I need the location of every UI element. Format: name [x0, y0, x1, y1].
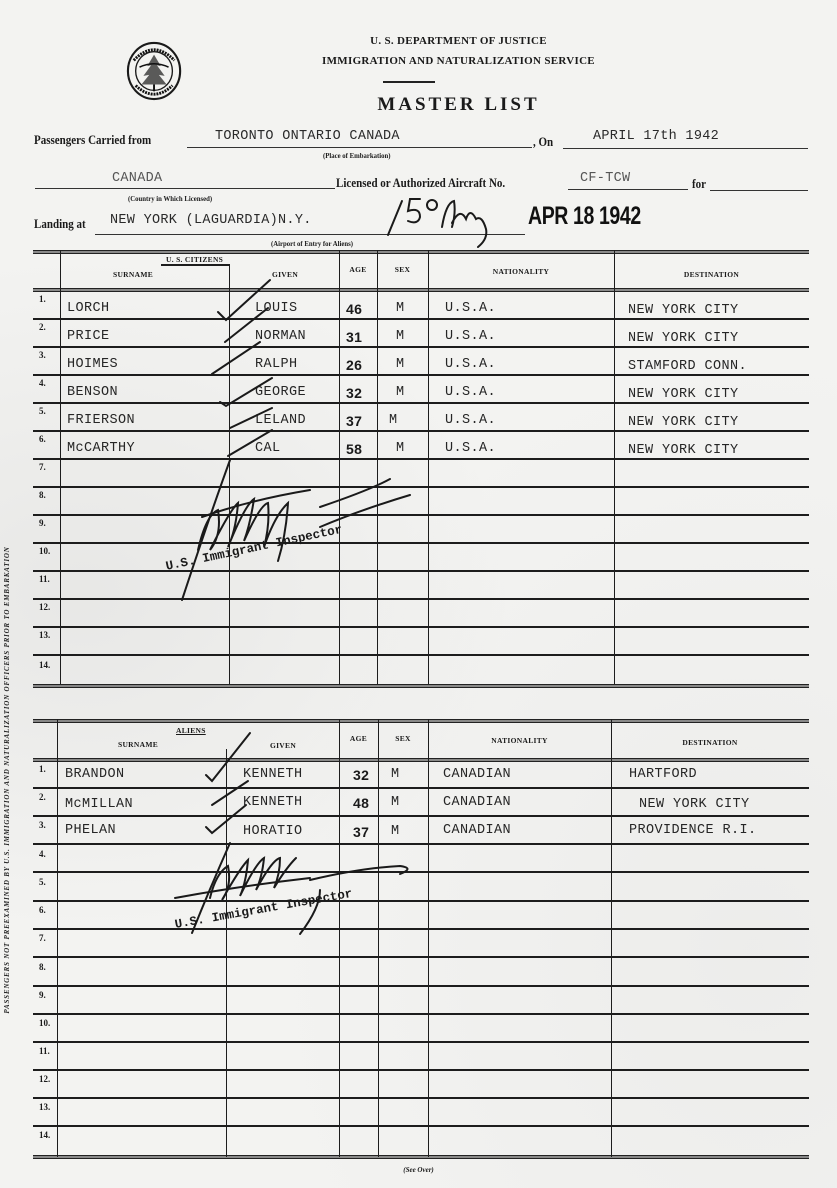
country-sublabel: (Country in Which Licensed) [128, 194, 212, 203]
row-line [33, 542, 809, 544]
row-number: 1. [39, 764, 46, 774]
citizens-table: U. S. CITIZENS SURNAME GIVEN AGE SEX NAT… [33, 250, 809, 690]
given-cell[interactable]: GEORGE [255, 385, 306, 400]
surname-cell[interactable]: HOIMES [67, 357, 118, 372]
col-header-surname: SURNAME [93, 270, 173, 279]
see-over-note: (See Over) [0, 1166, 837, 1174]
received-date-stamp: APR 18 1942 [528, 202, 641, 231]
row-number: 9. [39, 990, 46, 1000]
nationality-cell[interactable]: CANADIAN [443, 767, 511, 782]
col-header-destination: DESTINATION [611, 738, 809, 747]
row-line [33, 900, 809, 902]
row-number: 8. [39, 490, 46, 500]
nationality-cell[interactable]: U.S.A. [445, 441, 496, 456]
row-line [33, 956, 809, 958]
given-cell[interactable]: KENNETH [243, 767, 303, 782]
row-number: 1. [39, 294, 46, 304]
given-cell[interactable]: HORATIO [243, 824, 303, 839]
header-divider [383, 81, 435, 83]
aircraft-line [568, 189, 688, 190]
department-heading: U. S. DEPARTMENT OF JUSTICE [40, 35, 837, 47]
aliens-table: ALIENS SURNAME GIVEN AGE SEX NATIONALITY… [33, 719, 809, 1164]
table-top-border [33, 719, 809, 723]
age-cell[interactable]: 58 [346, 441, 362, 457]
col-divider [226, 749, 227, 1157]
nationality-cell[interactable]: CANADIAN [443, 823, 511, 838]
col-divider [57, 719, 58, 1157]
surname-cell[interactable]: BRANDON [65, 767, 125, 782]
row-line [33, 843, 809, 845]
sex-cell[interactable]: M [396, 385, 405, 400]
on-date-line [563, 148, 808, 149]
col-header-nationality: NATIONALITY [428, 267, 614, 276]
row-number: 10. [39, 1018, 50, 1028]
age-cell[interactable]: 48 [353, 795, 369, 811]
row-number: 6. [39, 905, 46, 915]
country-field[interactable]: CANADA [112, 171, 162, 186]
col-header-destination: DESTINATION [614, 270, 809, 279]
aircraft-field[interactable]: CF-TCW [580, 171, 630, 186]
row-line [33, 787, 809, 789]
age-cell[interactable]: 37 [353, 824, 369, 840]
col-divider [428, 250, 429, 684]
col-divider [378, 719, 379, 1157]
carried-from-field[interactable]: TORONTO ONTARIO CANADA [215, 129, 400, 144]
sex-cell[interactable]: M [391, 795, 400, 810]
age-cell[interactable]: 31 [346, 329, 362, 345]
col-divider [377, 250, 378, 684]
citizens-section-label: U. S. CITIZENS [166, 255, 223, 264]
row-line [33, 626, 809, 628]
row-number: 4. [39, 378, 46, 388]
col-divider [339, 250, 340, 684]
sex-cell[interactable]: M [396, 441, 405, 456]
destination-cell[interactable]: NEW YORK CITY [628, 387, 739, 402]
table-bottom-border [33, 1155, 809, 1159]
row-line [33, 374, 809, 376]
row-number: 7. [39, 462, 46, 472]
sex-cell[interactable]: M [396, 301, 405, 316]
row-line [33, 1125, 809, 1127]
landing-field[interactable]: NEW YORK (LAGUARDIA)N.Y. [110, 213, 312, 228]
col-header-sex: SEX [378, 734, 428, 743]
row-line [33, 1097, 809, 1099]
destination-cell[interactable]: NEW YORK CITY [639, 797, 750, 812]
col-header-age: AGE [339, 265, 377, 274]
surname-cell[interactable]: McCARTHY [67, 441, 135, 456]
nationality-cell[interactable]: CANADIAN [443, 795, 511, 810]
nationality-cell[interactable]: U.S.A. [445, 357, 496, 372]
row-line [33, 985, 809, 987]
row-line [33, 346, 809, 348]
row-number: 13. [39, 630, 50, 640]
carried-from-sublabel: (Place of Embarkation) [323, 151, 391, 160]
row-number: 14. [39, 1130, 50, 1140]
landing-sublabel: (Airport of Entry for Aliens) [271, 239, 353, 248]
col-header-given: GIVEN [243, 741, 323, 750]
header-bottom-border [33, 288, 809, 292]
row-number: 14. [39, 660, 50, 670]
row-line [33, 318, 809, 320]
destination-cell[interactable]: PROVIDENCE R.I. [629, 823, 757, 838]
col-divider [611, 719, 612, 1157]
row-line [33, 654, 809, 656]
col-header-nationality: NATIONALITY [428, 736, 611, 745]
row-line [33, 486, 809, 488]
row-line [33, 871, 809, 873]
destination-cell[interactable]: HARTFORD [629, 767, 697, 782]
col-header-given: GIVEN [245, 270, 325, 279]
aliens-section-label: ALIENS [176, 726, 206, 735]
destination-cell[interactable]: NEW YORK CITY [628, 415, 739, 430]
nationality-cell[interactable]: U.S.A. [445, 413, 496, 428]
given-cell[interactable]: KENNETH [243, 795, 303, 810]
row-line [33, 402, 809, 404]
row-line [33, 1041, 809, 1043]
nationality-cell[interactable]: U.S.A. [445, 329, 496, 344]
surname-cell[interactable]: BENSON [67, 385, 118, 400]
for-line[interactable] [710, 190, 808, 191]
row-number: 7. [39, 933, 46, 943]
col-header-age: AGE [339, 734, 378, 743]
destination-cell[interactable]: STAMFORD CONN. [628, 359, 747, 374]
col-divider [229, 264, 230, 684]
destination-cell[interactable]: NEW YORK CITY [628, 331, 739, 346]
given-cell[interactable]: RALPH [255, 357, 298, 372]
row-number: 5. [39, 406, 46, 416]
age-cell[interactable]: 32 [353, 767, 369, 783]
age-cell[interactable]: 37 [346, 413, 362, 429]
section-tag-underline [161, 264, 230, 266]
trans-canada-air-lines-seal-icon [126, 40, 156, 100]
nationality-cell[interactable]: U.S.A. [445, 385, 496, 400]
given-cell[interactable]: LOUIS [255, 301, 298, 316]
given-cell[interactable]: CAL [255, 441, 281, 456]
row-number: 12. [39, 1074, 50, 1084]
row-line [33, 570, 809, 572]
table-bottom-border [33, 684, 809, 688]
carried-from-label: Passengers Carried from [34, 133, 151, 148]
col-divider [614, 250, 615, 684]
on-date-label: , On [533, 135, 553, 150]
row-number: 5. [39, 877, 46, 887]
surname-cell[interactable]: LORCH [67, 301, 110, 316]
col-divider [339, 719, 340, 1157]
row-number: 2. [39, 322, 46, 332]
row-number: 4. [39, 849, 46, 859]
service-heading: IMMIGRATION AND NATURALIZATION SERVICE [40, 55, 837, 67]
page-title: MASTER LIST [40, 94, 837, 116]
row-number: 11. [39, 574, 50, 584]
row-line [33, 928, 809, 930]
handwritten-time-annotation [380, 193, 505, 248]
carried-from-line [187, 147, 532, 148]
surname-cell[interactable]: McMILLAN [65, 797, 133, 812]
row-number: 3. [39, 350, 46, 360]
col-header-surname: SURNAME [88, 740, 188, 749]
given-cell[interactable]: LELAND [255, 413, 306, 428]
row-line [33, 458, 809, 460]
sex-cell[interactable]: M [391, 824, 400, 839]
destination-cell[interactable]: NEW YORK CITY [628, 443, 739, 458]
for-label: for [692, 177, 706, 192]
surname-cell[interactable]: PRICE [67, 329, 110, 344]
table-top-border [33, 250, 809, 254]
row-number: 10. [39, 546, 50, 556]
row-line [33, 815, 809, 817]
surname-cell[interactable]: FRIERSON [67, 413, 135, 428]
nationality-cell[interactable]: U.S.A. [445, 301, 496, 316]
row-number: 8. [39, 962, 46, 972]
surname-cell[interactable]: PHELAN [65, 823, 116, 838]
row-line [33, 514, 809, 516]
row-number: 13. [39, 1102, 50, 1112]
country-line [35, 188, 335, 189]
row-line [33, 1013, 809, 1015]
row-number: 6. [39, 434, 46, 444]
sex-cell[interactable]: M [391, 767, 400, 782]
destination-cell[interactable]: NEW YORK CITY [628, 303, 739, 318]
row-number: 3. [39, 820, 46, 830]
row-number: 12. [39, 602, 50, 612]
row-number: 9. [39, 518, 46, 528]
col-divider [60, 250, 61, 684]
header-bottom-border [33, 758, 809, 762]
row-line [33, 598, 809, 600]
row-line [33, 1069, 809, 1071]
row-number: 11. [39, 1046, 50, 1056]
sex-cell[interactable]: M [389, 413, 398, 428]
row-number: 2. [39, 792, 46, 802]
sex-cell[interactable]: M [396, 357, 405, 372]
col-divider [428, 719, 429, 1157]
landing-label: Landing at [34, 217, 86, 232]
given-cell[interactable]: NORMAN [255, 329, 306, 344]
row-line [33, 430, 809, 432]
age-cell[interactable]: 32 [346, 385, 362, 401]
col-header-sex: SEX [377, 265, 428, 274]
age-cell[interactable]: 26 [346, 357, 362, 373]
aircraft-label: Licensed or Authorized Aircraft No. [336, 176, 505, 191]
sex-cell[interactable]: M [396, 329, 405, 344]
age-cell[interactable]: 46 [346, 301, 362, 317]
side-vertical-note: PASSENGERS NOT PREEXAMINED BY U.S. IMMIG… [3, 380, 11, 1180]
on-date-field[interactable]: APRIL 17th 1942 [593, 129, 719, 144]
